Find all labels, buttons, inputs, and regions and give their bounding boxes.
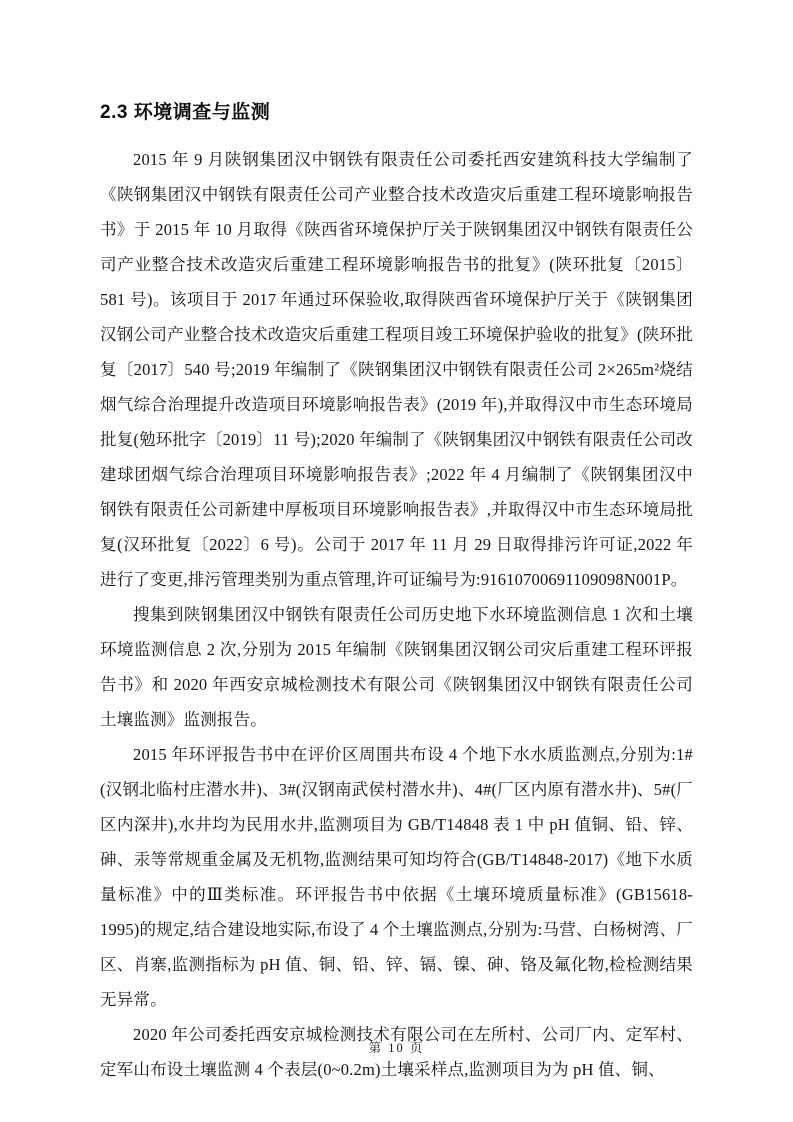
section-heading: 2.3 环境调查与监测 [100, 100, 693, 126]
document-body: 2015 年 9 月陕钢集团汉中钢铁有限责任公司委托西安建筑科技大学编制了《陕钢… [100, 142, 693, 1087]
body-paragraph: 2015 年环评报告书中在评价区周围共布设 4 个地下水水质监测点,分别为:1#… [100, 737, 693, 1017]
body-paragraph: 2015 年 9 月陕钢集团汉中钢铁有限责任公司委托西安建筑科技大学编制了《陕钢… [100, 142, 693, 597]
body-paragraph: 搜集到陕钢集团汉中钢铁有限责任公司历史地下水环境监测信息 1 次和土壤环境监测信… [100, 597, 693, 737]
page-number: 第 10 页 [0, 1038, 793, 1056]
document-page: 2.3 环境调查与监测 2015 年 9 月陕钢集团汉中钢铁有限责任公司委托西安… [0, 0, 793, 1122]
